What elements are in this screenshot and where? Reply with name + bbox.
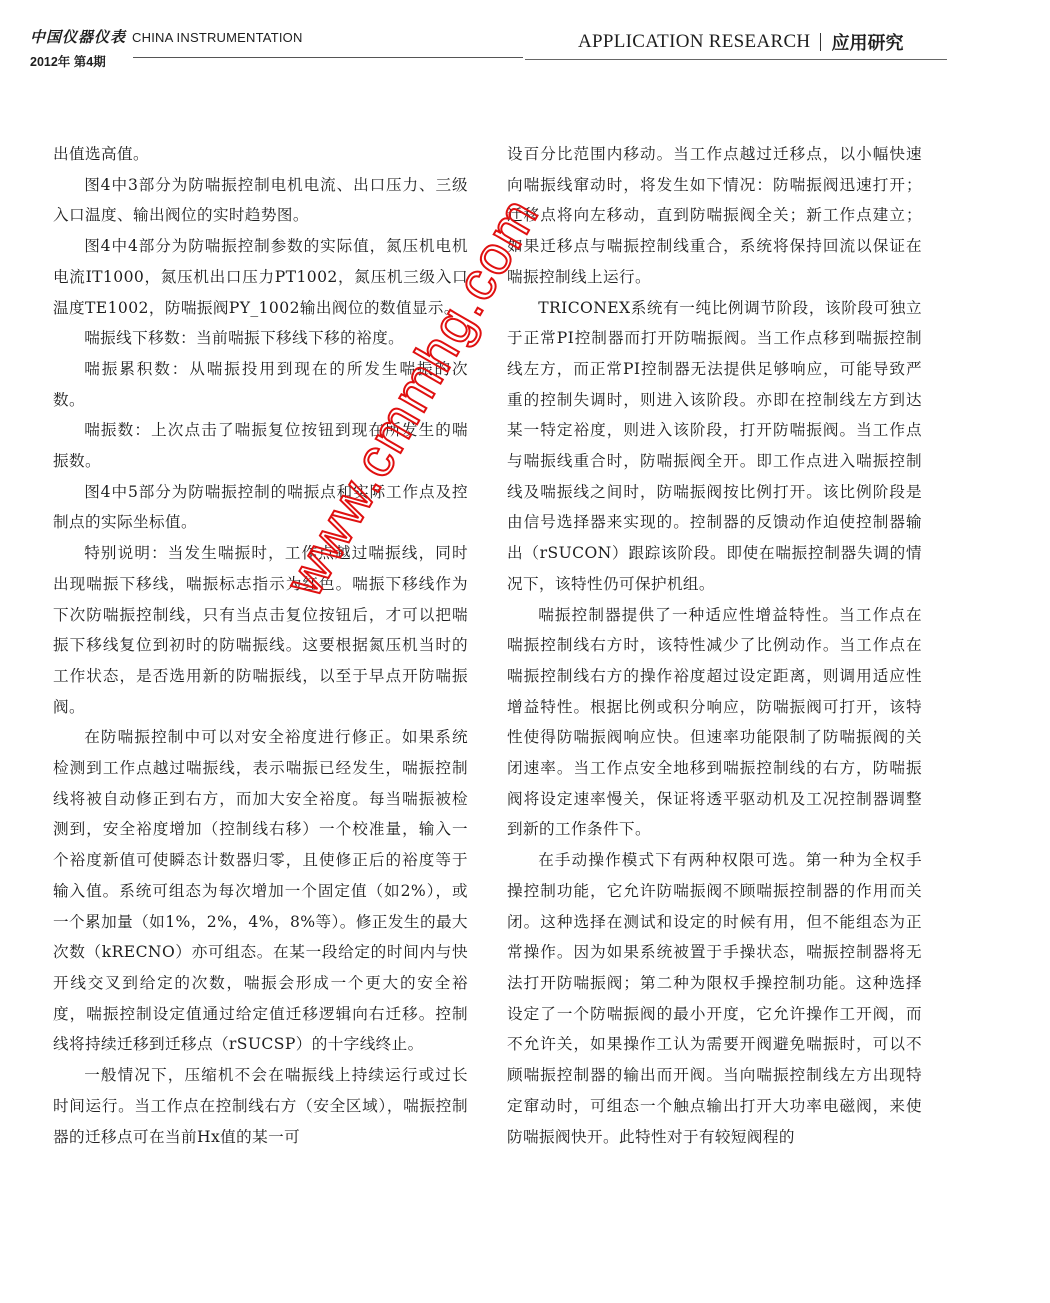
paragraph: 出值选高值。 [53,139,468,170]
paragraph: 图4中4部分为防喘振控制参数的实际值，氮压机电机电流IT1000，氮压机出口压力… [53,231,468,323]
paragraph: 喘振累积数：从喘振投用到现在的所发生喘振的次数。 [53,354,468,415]
paragraph: 图4中5部分为防喘振控制的喘振点和实际工作点及控制点的实际坐标值。 [53,477,468,538]
paragraph: 在防喘振控制中可以对安全裕度进行修正。如果系统检测到工作点越过喘振线，表示喘振已… [53,722,468,1060]
paragraph: 喘振数：上次点击了喘振复位按钮到现在所发生的喘振数。 [53,415,468,476]
running-header-right: APPLICATION RESEARCH 应用研究 [578,29,903,55]
paragraph: 在手动操作模式下有两种权限可选。第一种为全权手操控制功能，它允许防喘振阀不顾喘振… [507,845,922,1152]
running-header-left: 中国仪器仪表 CHINA INSTRUMENTATION 2012年 第4期 [30,26,303,70]
journal-title: 中国仪器仪表 CHINA INSTRUMENTATION [30,26,303,47]
paragraph: TRICONEX系统有一纯比例调节阶段，该阶段可独立于正常PI控制器而打开防喘振… [507,293,922,600]
header-divider-right [525,59,947,60]
header-divider-left [133,57,523,58]
journal-name-cn: 中国仪器仪表 [30,26,126,47]
paragraph: 特别说明：当发生喘振时，工作点越过喘振线，同时出现喘振下移线，喘振标志指示为红色… [53,538,468,722]
paragraph: 一般情况下，压缩机不会在喘振线上持续运行或过长时间运行。当工作点在控制线右方（安… [53,1060,468,1152]
journal-name-en: CHINA INSTRUMENTATION [132,30,303,45]
section-separator [820,33,821,51]
paragraph: 喘振线下移数：当前喘振下移线下移的裕度。 [53,323,468,354]
section-name-en: APPLICATION RESEARCH [578,31,810,53]
paragraph: 喘振控制器提供了一种适应性增益特性。当工作点在喘振控制线右方时，该特性减少了比例… [507,600,922,846]
left-column: 出值选高值。 图4中3部分为防喘振控制电机电流、出口压力、三级入口温度、输出阀位… [53,139,468,1152]
paragraph: 图4中3部分为防喘振控制电机电流、出口压力、三级入口温度、输出阀位的实时趋势图。 [53,170,468,231]
section-name-cn: 应用研究 [831,29,903,55]
issue-info: 2012年 第4期 [30,52,303,70]
right-column: 设百分比范围内移动。当工作点越过迁移点，以小幅快速向喘振线窜动时，将发生如下情况… [507,139,922,1152]
paragraph: 设百分比范围内移动。当工作点越过迁移点，以小幅快速向喘振线窜动时，将发生如下情况… [507,139,922,293]
